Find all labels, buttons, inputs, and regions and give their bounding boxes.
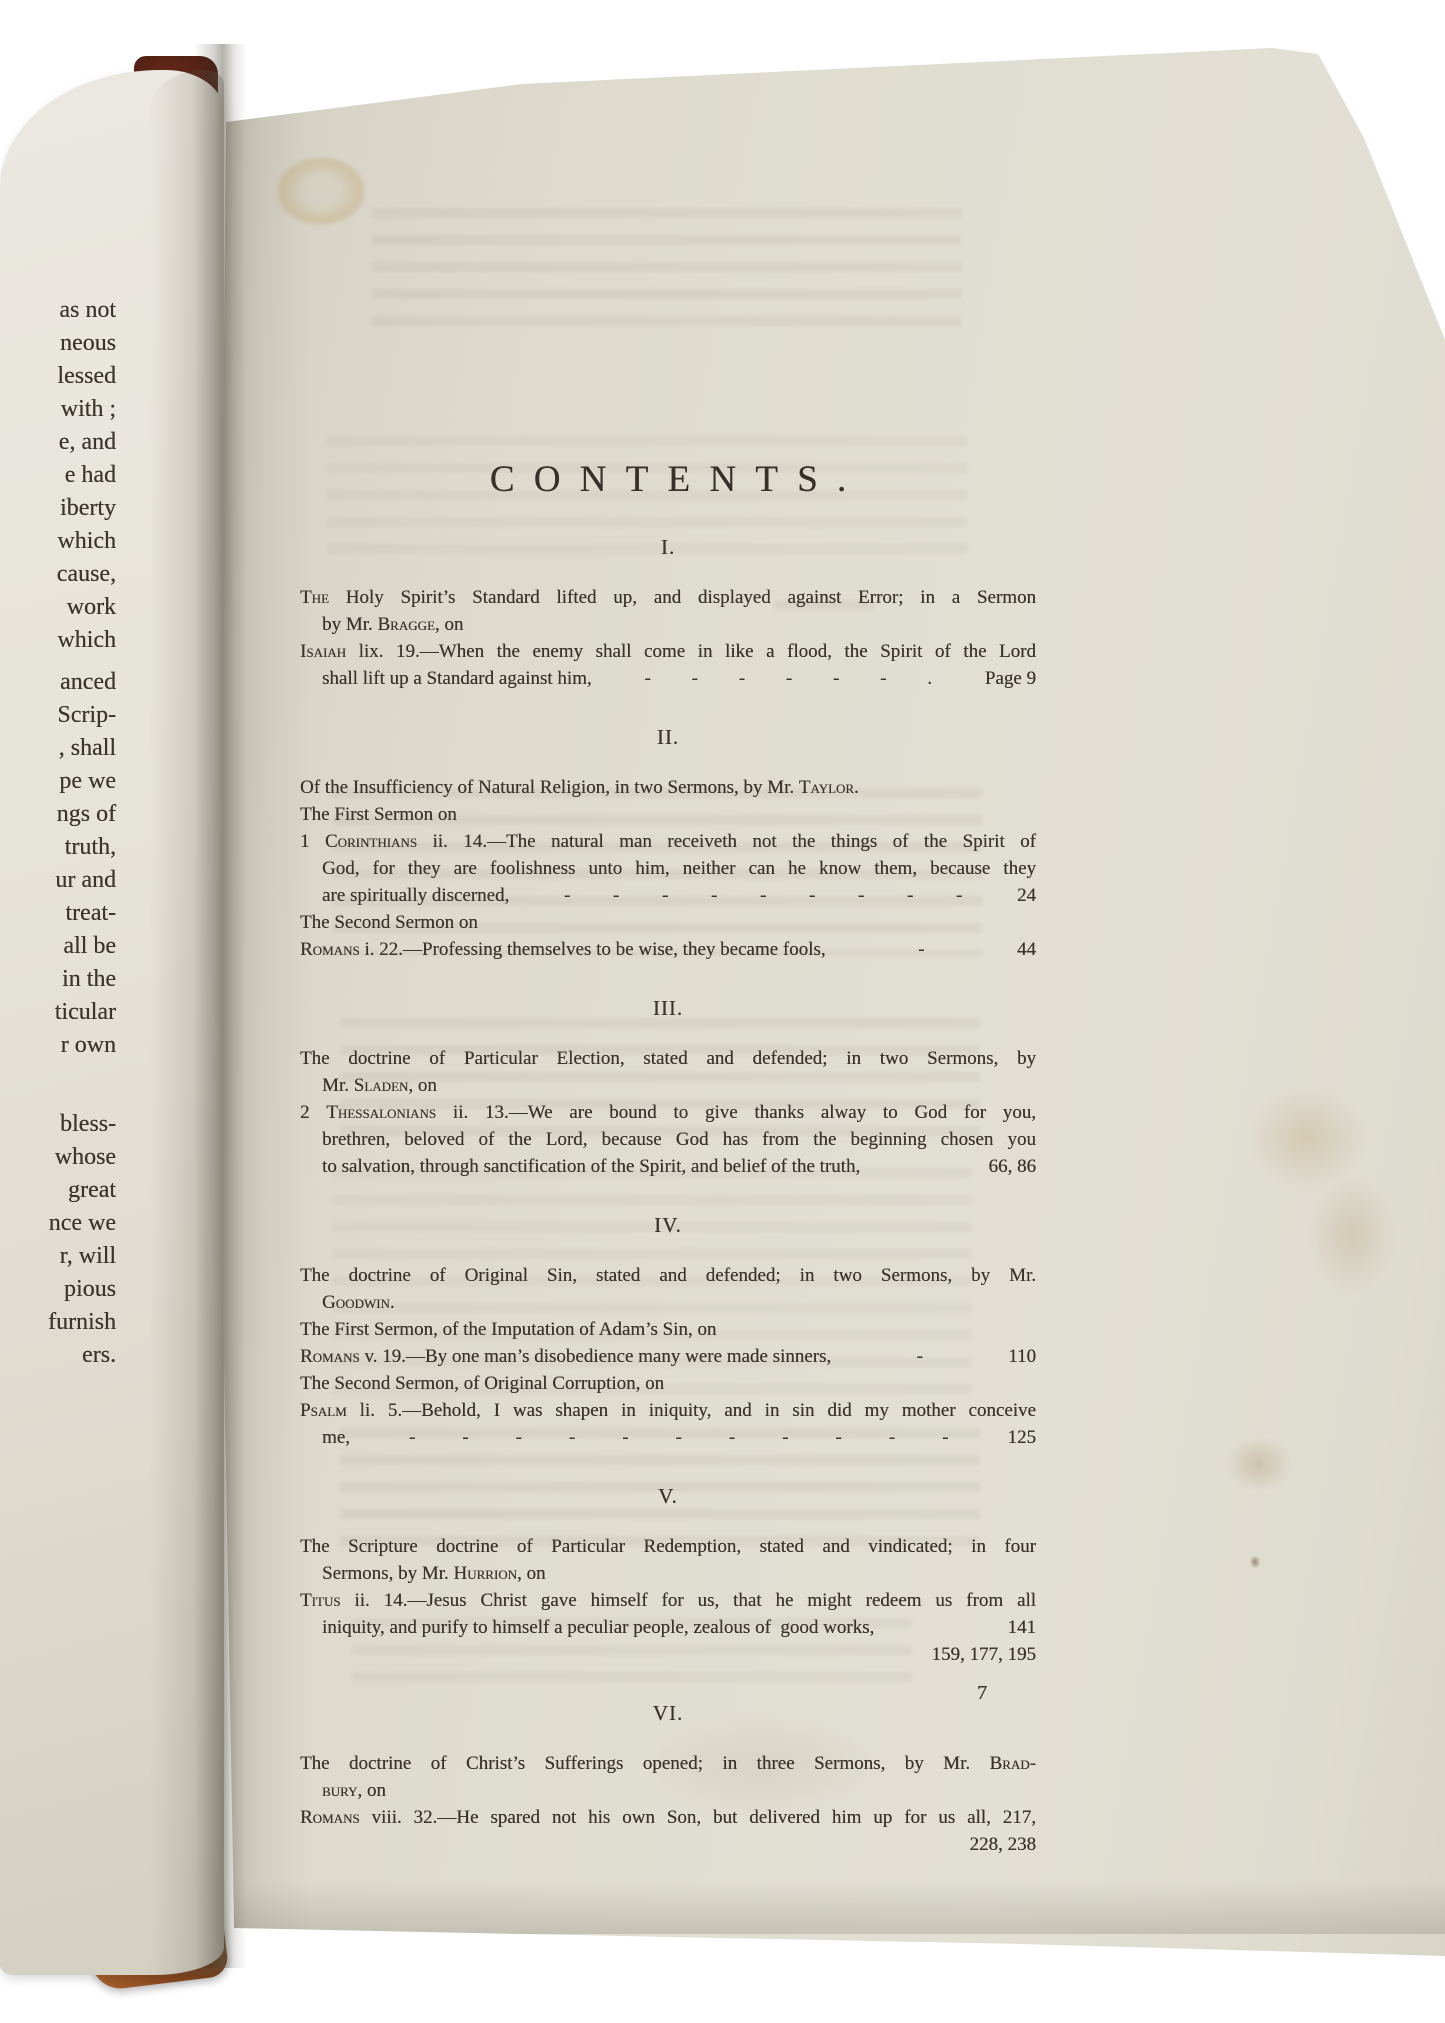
text-segment: Corinthians (325, 831, 417, 852)
leader-dash: - (739, 665, 745, 692)
text-segment: are spiritually discerned, (322, 885, 509, 906)
leader-dash: - (782, 1424, 788, 1451)
contents-section: I.The Holy Spirit’s Standard lifted up, … (300, 535, 1036, 692)
contents-line: The Holy Spirit’s Standard lifted up, an… (300, 584, 1036, 611)
bleedthrough-text (372, 208, 962, 340)
left-page-text-line: neous (0, 327, 116, 360)
leader-dash: . (927, 665, 932, 692)
text-segment: Hurrion (453, 1563, 517, 1584)
text-segment: Bragge (377, 614, 434, 635)
text-segment: ii. 14.—The natural man receiveth not th… (417, 831, 1036, 852)
text-segment: . (390, 1292, 395, 1313)
leader-dash: - (662, 882, 668, 909)
contents-line: Goodwin. (300, 1289, 1036, 1316)
contents-line: to salvation, through sanctification of … (300, 1153, 1036, 1180)
contents-line: Isaiah lix. 19.—When the enemy shall com… (300, 638, 1036, 665)
contents-line: Of the Insufficiency of Natural Religion… (300, 774, 1036, 801)
contents-line: are spiritually discerned,---------24 (300, 882, 1036, 909)
contents-text-block: CONTENTS. I.The Holy Spirit’s Standard l… (300, 458, 1036, 1858)
contents-line: 159, 177, 195 (300, 1641, 1036, 1668)
contents-section: II.Of the Insufficiency of Natural Relig… (300, 725, 1036, 963)
line-text: The doctrine of Christ’s Sufferings open… (300, 1753, 1036, 1774)
paper-stain (278, 158, 364, 224)
leader-dash: - (760, 882, 766, 909)
left-page-text-line: bless- (0, 1108, 116, 1141)
dash-leaders: - (826, 936, 1017, 963)
text-segment: Romans (300, 939, 360, 960)
leader-dash: - (889, 1424, 895, 1451)
contents-section: VI.The doctrine of Christ’s Sufferings o… (300, 1701, 1036, 1858)
leader-dash: - (809, 882, 815, 909)
contents-line: me,-----------125 (300, 1424, 1036, 1451)
leader-dash: - (833, 665, 839, 692)
leader-dash: - (462, 1424, 468, 1451)
left-page-text-line: which (0, 624, 116, 657)
line-text: The Holy Spirit’s Standard lifted up, an… (300, 587, 1036, 608)
left-page-text-line: ers. (0, 1339, 116, 1372)
left-page-text-line: cause, (0, 558, 116, 591)
text-segment: brethren, beloved of the Lord, because G… (322, 1129, 1036, 1150)
text-segment: viii. 32.—He spared not his own Son, but… (360, 1807, 1036, 1828)
text-segment: The First Sermon, of the Imputation of A… (300, 1319, 716, 1340)
contents-page: CONTENTS. I.The Holy Spirit’s Standard l… (222, 40, 1445, 1960)
line-text: 2 Thessalonians ii. 13.—We are bound to … (300, 1102, 1036, 1123)
text-segment: Romans (300, 1346, 360, 1367)
leader-dash: - (918, 936, 924, 963)
leader-dash: - (835, 1424, 841, 1451)
text-segment: , on (435, 614, 464, 635)
line-text: bury, on (322, 1780, 386, 1801)
leader-dash: - (942, 1424, 948, 1451)
paper-stain (1312, 1180, 1392, 1290)
leader-dash: - (516, 1424, 522, 1451)
line-text: Psalm li. 5.—Behold, I was shapen in ini… (300, 1400, 1036, 1421)
text-segment: i. 22.—Professing themselves to be wise,… (360, 939, 826, 960)
left-page-text-line: lessed (0, 360, 116, 393)
line-text: iniquity, and purify to himself a peculi… (322, 1614, 874, 1641)
left-page-text-line: ticular (0, 996, 116, 1029)
paper-stain (1228, 1438, 1290, 1490)
contents-line: 2 Thessalonians ii. 13.—We are bound to … (300, 1099, 1036, 1126)
leader-dash: - (711, 882, 717, 909)
left-page-text-line: r, will (0, 1240, 116, 1273)
text-segment: Thessalonians (326, 1102, 436, 1123)
leader-dash: - (622, 1424, 628, 1451)
contents-line: The Scripture doctrine of Particular Red… (300, 1533, 1036, 1560)
text-segment: The First Sermon on (300, 804, 457, 825)
section-numeral: VI. (300, 1701, 1036, 1726)
text-segment: The Second Sermon on (300, 912, 478, 933)
contents-sections: I.The Holy Spirit’s Standard lifted up, … (300, 535, 1036, 1858)
left-page-text-line: truth, (0, 831, 116, 864)
line-text: Romans i. 22.—Professing themselves to b… (300, 936, 826, 963)
line-text: Titus ii. 14.—Jesus Christ gave himself … (300, 1590, 1036, 1611)
leader-dash: - (613, 882, 619, 909)
contents-line: 1 Corinthians ii. 14.—The natural man re… (300, 828, 1036, 855)
leader-dash: - (956, 882, 962, 909)
left-page-text-line: e had (0, 459, 116, 492)
leader-dash: - (858, 882, 864, 909)
left-page-text-fragments: as notneouslessedwith ;e, ande hadiberty… (0, 294, 116, 1372)
contents-line: The doctrine of Particular Election, sta… (300, 1045, 1036, 1072)
text-segment: ii. 13.—We are bound to give thanks alwa… (436, 1102, 1036, 1123)
line-text: 1 Corinthians ii. 14.—The natural man re… (300, 831, 1036, 852)
text-segment: li. 5.—Behold, I was shapen in iniquity,… (347, 1400, 1036, 1421)
left-page-text-line: all be (0, 930, 116, 963)
left-page-text-line: treat- (0, 897, 116, 930)
text-segment: by Mr. (322, 614, 377, 635)
contents-line: God, for they are foolishness unto him, … (300, 855, 1036, 882)
page-ref: Page 9 (985, 665, 1036, 692)
line-text: 159, 177, 195 (932, 1644, 1037, 1665)
book-photo: as notneouslessedwith ;e, ande hadiberty… (0, 0, 1445, 2023)
text-segment: 2 (300, 1102, 326, 1123)
paper-stain (1252, 1090, 1362, 1186)
text-segment: Titus (300, 1590, 341, 1611)
text-segment: Taylor (799, 777, 854, 798)
text-segment: v. 19.—By one man’s disobedience many we… (360, 1346, 832, 1367)
leader-dash: - (564, 882, 570, 909)
text-segment: Psalm (300, 1400, 347, 1421)
contents-line: The doctrine of Christ’s Sufferings open… (300, 1750, 1036, 1777)
page-ref: 125 (1008, 1424, 1037, 1451)
text-segment: The doctrine of Particular Election, sta… (300, 1048, 1036, 1069)
dash-leaders: ----------- (350, 1424, 1008, 1451)
contents-line: bury, on (300, 1777, 1036, 1804)
left-page-text-line: Scrip- (0, 699, 116, 732)
text-segment: The Scripture doctrine of Particular Red… (300, 1536, 1036, 1557)
line-text: Romans v. 19.—By one man’s disobedience … (300, 1343, 831, 1370)
contents-line: 228, 238 (300, 1831, 1036, 1858)
text-segment: Romans (300, 1807, 360, 1828)
leader-dash: - (729, 1424, 735, 1451)
text-segment: Holy Spirit’s Standard lifted up, and di… (346, 587, 1036, 608)
line-text: Isaiah lix. 19.—When the enemy shall com… (300, 641, 1036, 662)
text-segment: 159, 177, 195 (932, 1644, 1037, 1665)
left-page-text-line: furnish (0, 1306, 116, 1339)
text-segment: bury (322, 1780, 357, 1801)
line-text: The First Sermon, of the Imputation of A… (300, 1319, 716, 1340)
text-segment: iniquity, and purify to himself a peculi… (322, 1617, 874, 1638)
section-numeral: IV. (300, 1213, 1036, 1238)
line-text: brethren, beloved of the Lord, because G… (322, 1129, 1036, 1150)
dash-leaders: - (831, 1343, 1008, 1370)
text-segment: Sermons, by Mr. (322, 1563, 453, 1584)
section-numeral: I. (300, 535, 1036, 560)
line-text: The Scripture doctrine of Particular Red… (300, 1536, 1036, 1557)
contents-line: Psalm li. 5.—Behold, I was shapen in ini… (300, 1397, 1036, 1424)
dash-leaders: ------. (592, 665, 985, 692)
text-segment: Mr. (322, 1075, 354, 1096)
text-segment: Goodwin (322, 1292, 390, 1313)
text-segment: The (300, 587, 346, 608)
left-page-text-line: work (0, 591, 116, 624)
line-text: God, for they are foolishness unto him, … (322, 858, 1036, 879)
leader-dash: - (569, 1424, 575, 1451)
line-text: Goodwin. (322, 1292, 395, 1313)
page-ref: 66, 86 (989, 1153, 1037, 1180)
left-page-text-line: , shall (0, 732, 116, 765)
left-page-text-line: iberty (0, 492, 116, 525)
paper-stain (1250, 1556, 1260, 1568)
text-segment: Brad- (990, 1753, 1036, 1774)
dash-leaders: --------- (509, 882, 1017, 909)
contents-line: by Mr. Bragge, on (300, 611, 1036, 638)
contents-line: Titus ii. 14.—Jesus Christ gave himself … (300, 1587, 1036, 1614)
left-page-text-line: which (0, 525, 116, 558)
line-text: The Second Sermon on (300, 912, 478, 933)
left-page-text-line: e, and (0, 426, 116, 459)
contents-line: brethren, beloved of the Lord, because G… (300, 1126, 1036, 1153)
leader-dash: - (907, 882, 913, 909)
contents-line: The Second Sermon, of Original Corruptio… (300, 1370, 1036, 1397)
contents-line: iniquity, and purify to himself a peculi… (300, 1614, 1036, 1641)
section-numeral: III. (300, 996, 1036, 1021)
leader-dash: - (409, 1424, 415, 1451)
leader-dash: - (786, 665, 792, 692)
text-segment: me, (322, 1427, 350, 1448)
contents-line: Romans v. 19.—By one man’s disobedience … (300, 1343, 1036, 1370)
page-ref: 141 (1008, 1614, 1037, 1641)
left-page-text-line: with ; (0, 393, 116, 426)
section-numeral: II. (300, 725, 1036, 750)
left-page-text-line: ngs of (0, 798, 116, 831)
line-text: The doctrine of Original Sin, stated and… (300, 1265, 1036, 1286)
line-text: The Second Sermon, of Original Corruptio… (300, 1373, 664, 1394)
left-page-text-line: nce we (0, 1207, 116, 1240)
text-segment: The Second Sermon, of Original Corruptio… (300, 1373, 664, 1394)
page-ref: 110 (1008, 1343, 1036, 1370)
line-text: me, (322, 1424, 350, 1451)
left-page-text-line: ur and (0, 864, 116, 897)
left-page-text-line: r own (0, 1029, 116, 1062)
line-text: to salvation, through sanctification of … (322, 1153, 860, 1180)
leader-dash: - (676, 1424, 682, 1451)
line-text: by Mr. Bragge, on (322, 614, 463, 635)
line-text: The First Sermon on (300, 804, 457, 825)
text-segment: lix. 19.—When the enemy shall come in li… (346, 641, 1036, 662)
contents-line: Romans i. 22.—Professing themselves to b… (300, 936, 1036, 963)
text-segment: Sladen (354, 1075, 409, 1096)
line-text: Of the Insufficiency of Natural Religion… (300, 777, 859, 798)
left-page-text-line: in the (0, 963, 116, 996)
contents-line: The Second Sermon on (300, 909, 1036, 936)
left-page-text-line: whose (0, 1141, 116, 1174)
text-segment: , on (357, 1780, 386, 1801)
text-segment: The doctrine of Original Sin, stated and… (300, 1265, 1036, 1286)
line-text: The doctrine of Particular Election, sta… (300, 1048, 1036, 1069)
leader-dash: - (692, 665, 698, 692)
line-text: shall lift up a Standard against him, (322, 665, 592, 692)
contents-line: The doctrine of Original Sin, stated and… (300, 1262, 1036, 1289)
line-text: Romans viii. 32.—He spared not his own S… (300, 1807, 1036, 1828)
contents-line: Romans viii. 32.—He spared not his own S… (300, 1804, 1036, 1831)
line-text: are spiritually discerned, (322, 882, 509, 909)
text-segment: . (854, 777, 859, 798)
page-gutter-shadow (194, 44, 246, 1968)
text-segment: , on (517, 1563, 546, 1584)
contents-section: III.The doctrine of Particular Election,… (300, 996, 1036, 1180)
text-segment: Isaiah (300, 641, 346, 662)
text-segment: The doctrine of Christ’s Sufferings open… (300, 1753, 990, 1774)
text-segment: 228, 238 (970, 1834, 1037, 1855)
leader-dash: - (880, 665, 886, 692)
left-page-text-line: great (0, 1174, 116, 1207)
text-segment: , on (408, 1075, 437, 1096)
section-numeral: V. (300, 1484, 1036, 1509)
contents-line: Sermons, by Mr. Hurrion, on (300, 1560, 1036, 1587)
page-ref: 44 (1017, 936, 1036, 963)
contents-line: Mr. Sladen, on (300, 1072, 1036, 1099)
leader-dash: - (917, 1343, 923, 1370)
line-text: 228, 238 (970, 1834, 1037, 1855)
contents-section: IV.The doctrine of Original Sin, stated … (300, 1213, 1036, 1451)
leader-dash: - (644, 665, 650, 692)
text-segment: shall lift up a Standard against him, (322, 668, 592, 689)
text-segment: to salvation, through sanctification of … (322, 1156, 860, 1177)
text-segment: 1 (300, 831, 325, 852)
line-text: Sermons, by Mr. Hurrion, on (322, 1563, 546, 1584)
text-segment: ii. 14.—Jesus Christ gave himself for us… (341, 1590, 1037, 1611)
text-segment: Of the Insufficiency of Natural Religion… (300, 777, 799, 798)
left-page-text-line: anced (0, 666, 116, 699)
contents-line: The First Sermon on (300, 801, 1036, 828)
contents-line: The First Sermon, of the Imputation of A… (300, 1316, 1036, 1343)
text-segment: God, for they are foolishness unto him, … (322, 858, 1036, 879)
left-facing-page: as notneouslessedwith ;e, ande hadiberty… (0, 70, 224, 1975)
left-page-text-line: as not (0, 294, 116, 327)
left-page-text-line: pe we (0, 765, 116, 798)
left-page-text-line: pious (0, 1273, 116, 1306)
line-text: Mr. Sladen, on (322, 1075, 437, 1096)
contents-section: V.The Scripture doctrine of Particular R… (300, 1484, 1036, 1668)
page-number: 7 (957, 1682, 1007, 1705)
page-ref: 24 (1017, 882, 1036, 909)
contents-line: shall lift up a Standard against him,---… (300, 665, 1036, 692)
contents-title: CONTENTS. (300, 458, 1036, 502)
